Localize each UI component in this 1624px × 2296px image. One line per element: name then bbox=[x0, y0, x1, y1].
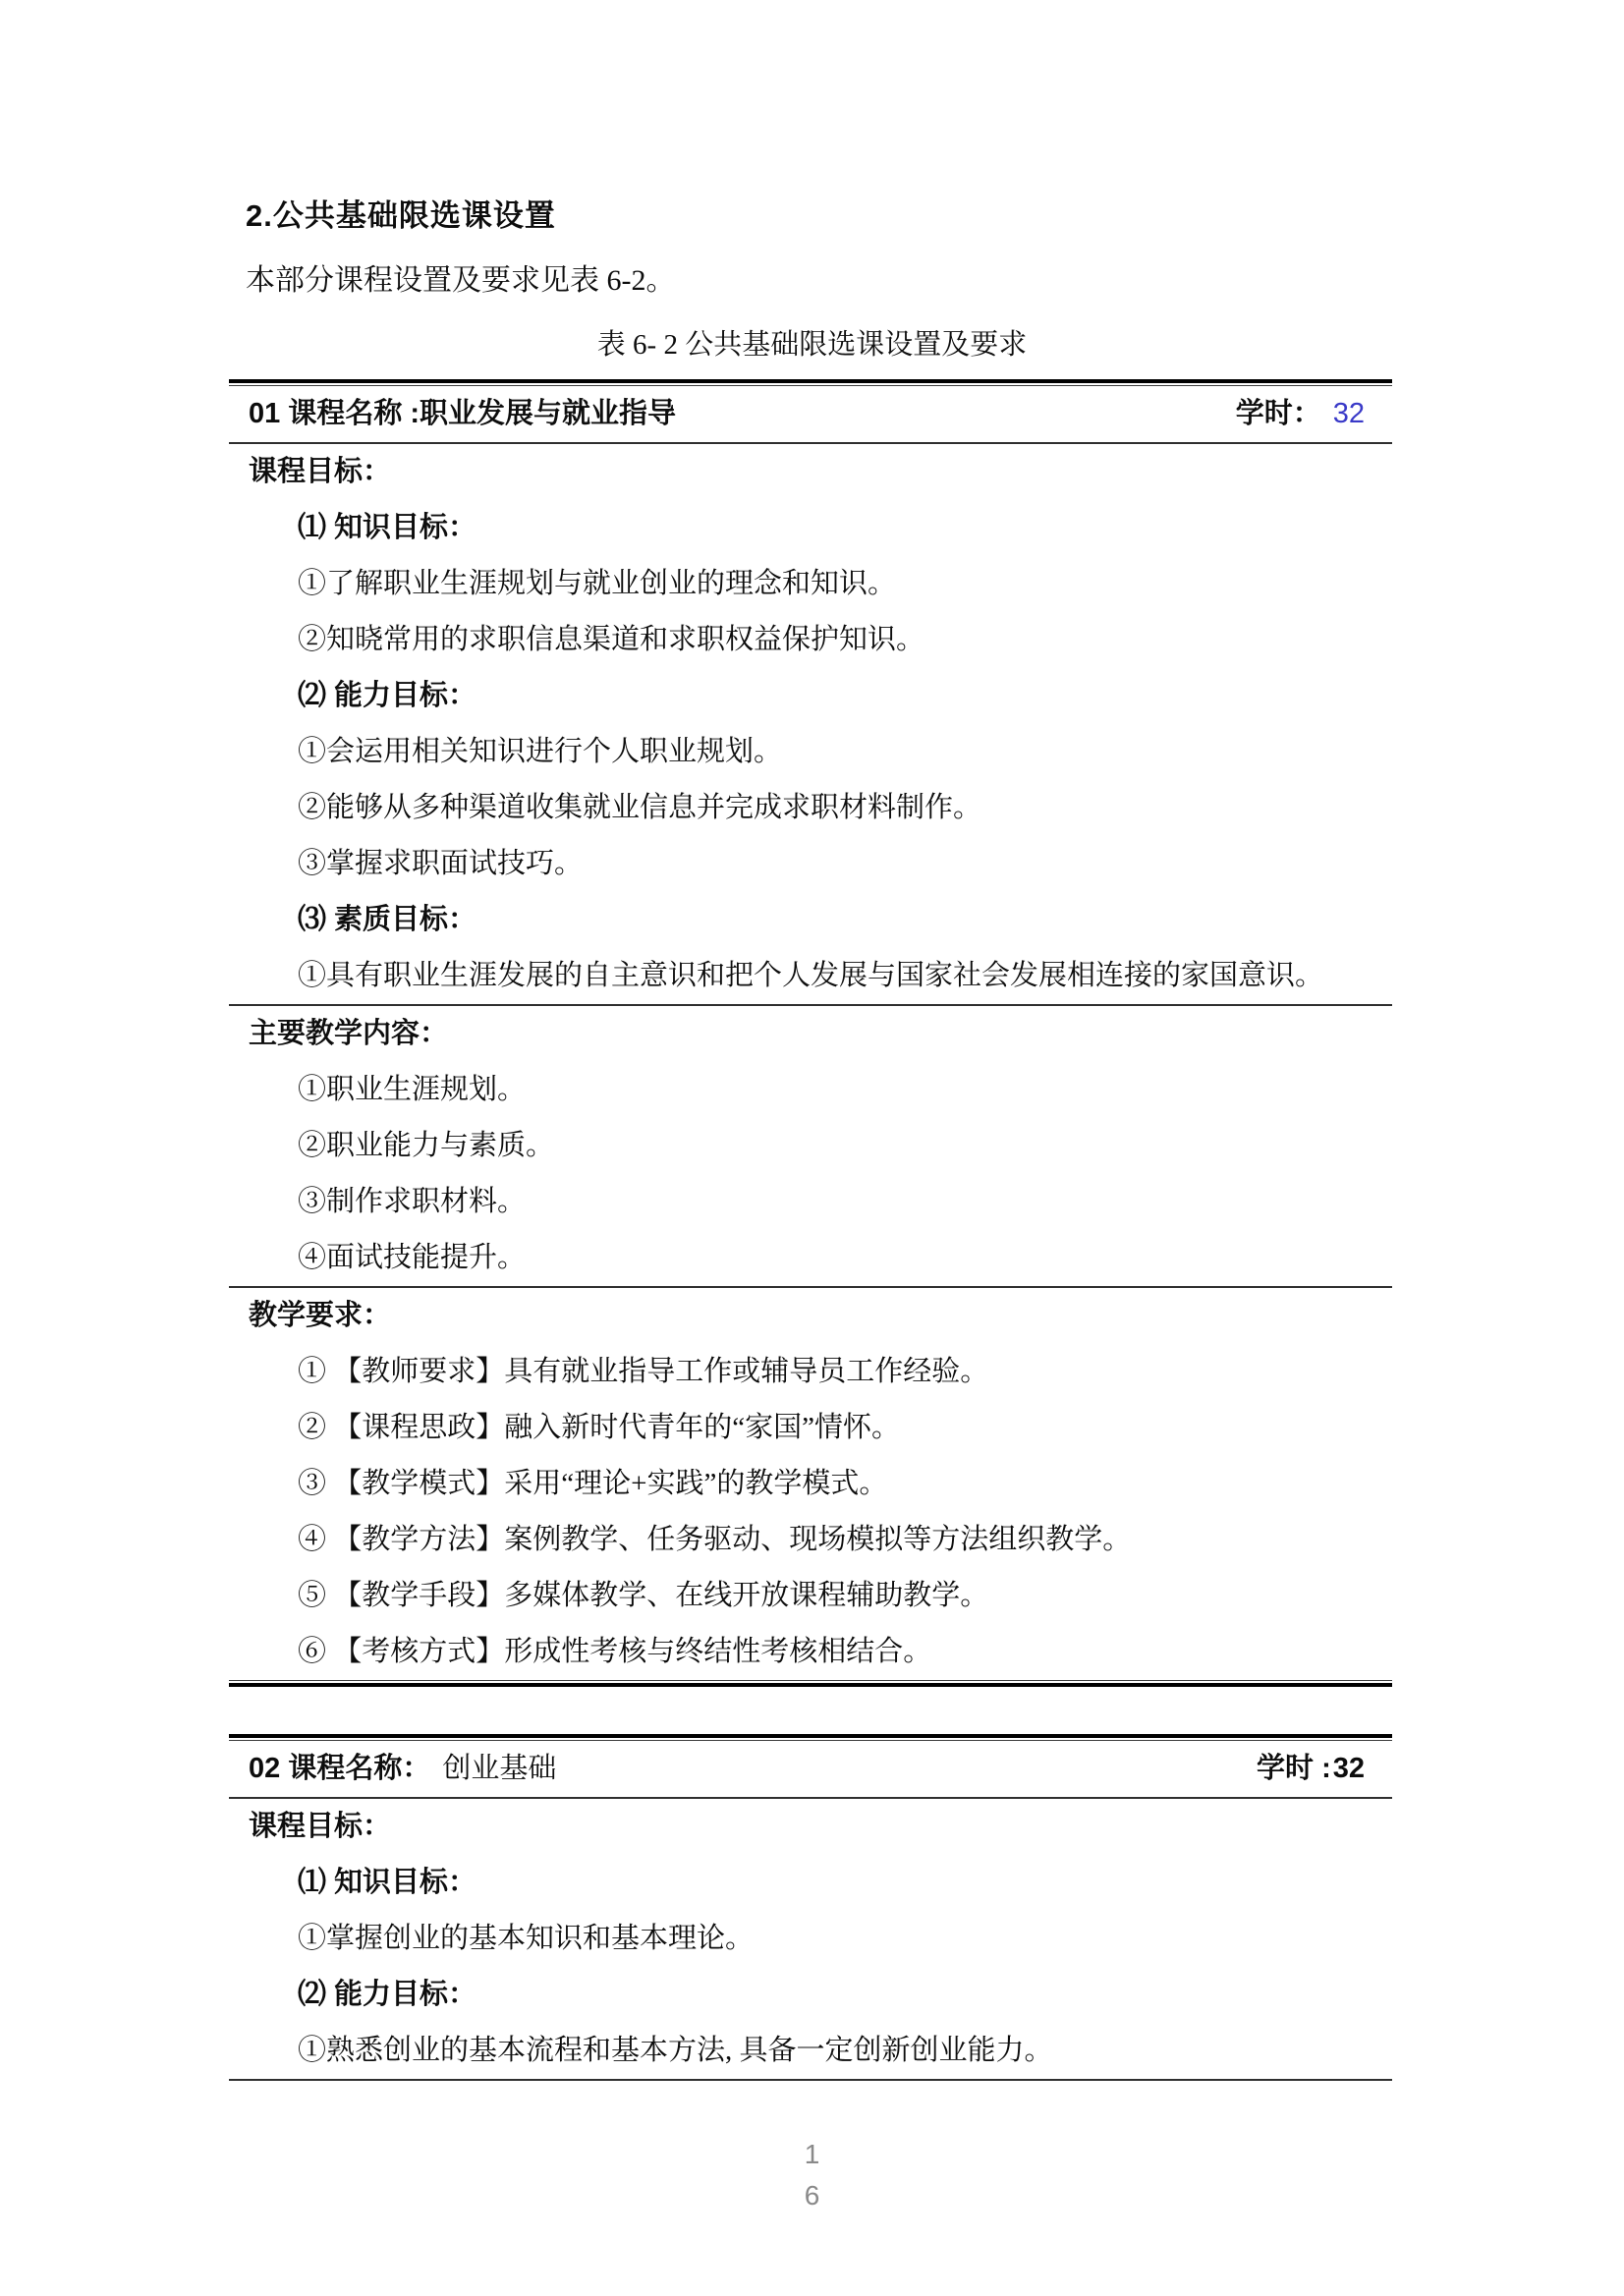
hours-label: 学时： bbox=[1236, 398, 1321, 429]
goals-item: ②知晓常用的求职信息渠道和求职权益保护知识。 bbox=[229, 612, 1392, 668]
table-top-border bbox=[229, 379, 1392, 386]
course-01-title: 01 课程名称 :职业发展与就业指导 bbox=[229, 386, 676, 442]
requirements-item: ⑥ 【考核方式】形成性考核与终结性考核相结合。 bbox=[229, 1624, 1392, 1680]
content-label: 主要教学内容： bbox=[229, 1006, 1392, 1062]
course-01-content-section: 主要教学内容： ①职业生涯规划。 ②职业能力与素质。 ③制作求职材料。 ④面试技… bbox=[229, 1004, 1392, 1286]
page-numbers: 1 6 bbox=[0, 2134, 1624, 2216]
hours-value: 32 bbox=[1333, 1753, 1365, 1784]
requirements-item: ⑤ 【教学手段】多媒体教学、在线开放课程辅助教学。 bbox=[229, 1568, 1392, 1624]
goals-label: 课程目标： bbox=[229, 444, 1392, 500]
course-table-01: 01 课程名称 :职业发展与就业指导 学时：32 课程目标： ⑴ 知识目标： ①… bbox=[229, 379, 1392, 1687]
goals-item: ①掌握创业的基本知识和基本理论。 bbox=[229, 1911, 1392, 1967]
goals-item: ③掌握求职面试技巧。 bbox=[229, 836, 1392, 892]
goals-label: 课程目标： bbox=[229, 1799, 1392, 1855]
course-table-02: 02 课程名称：创业基础 学时 :32 课程目标： ⑴ 知识目标： ①掌握创业的… bbox=[229, 1734, 1392, 2081]
course-02-header-row: 02 课程名称：创业基础 学时 :32 bbox=[229, 1741, 1392, 1797]
content-item: ④面试技能提升。 bbox=[229, 1230, 1392, 1286]
goals-item: ①了解职业生涯规划与就业创业的理念和知识。 bbox=[229, 556, 1392, 612]
requirements-label: 教学要求： bbox=[229, 1288, 1392, 1344]
goals-subheading: ⑵ 能力目标： bbox=[229, 1967, 1392, 2023]
course-01-requirements-section: 教学要求： ① 【教师要求】具有就业指导工作或辅导员工作经验。 ② 【课程思政】… bbox=[229, 1286, 1392, 1680]
intro-paragraph: 本部分课程设置及要求见表 6-2。 bbox=[246, 261, 1624, 301]
goals-subheading: ⑶ 素质目标： bbox=[229, 892, 1392, 948]
hours-value: 32 bbox=[1333, 398, 1365, 429]
course-01-goals-section: 课程目标： ⑴ 知识目标： ①了解职业生涯规划与就业创业的理念和知识。 ②知晓常… bbox=[229, 442, 1392, 1004]
table-bottom-border bbox=[229, 1680, 1392, 1687]
course-02-title: 02 课程名称：创业基础 bbox=[229, 1741, 556, 1797]
table-top-border bbox=[229, 1734, 1392, 1741]
content-item: ③制作求职材料。 bbox=[229, 1174, 1392, 1230]
hours-label: 学时 : bbox=[1257, 1753, 1331, 1784]
requirements-item: ① 【教师要求】具有就业指导工作或辅导员工作经验。 bbox=[229, 1344, 1392, 1400]
goals-item: ①熟悉创业的基本流程和基本方法, 具备一定创新创业能力。 bbox=[229, 2023, 1392, 2079]
document-page: 2.公共基础限选课设置 本部分课程设置及要求见表 6-2。 表 6- 2 公共基… bbox=[0, 0, 1624, 2296]
goals-item: ②能够从多种渠道收集就业信息并完成求职材料制作。 bbox=[229, 780, 1392, 836]
content-item: ②职业能力与素质。 bbox=[229, 1118, 1392, 1174]
goals-item: ①会运用相关知识进行个人职业规划。 bbox=[229, 724, 1392, 780]
course-01-hours: 学时：32 bbox=[1236, 386, 1392, 442]
goals-item: ①具有职业生涯发展的自主意识和把个人发展与国家社会发展相连接的家国意识。 bbox=[229, 948, 1392, 1004]
course-02-title-label: 02 课程名称： bbox=[249, 1753, 430, 1784]
page-number-top: 1 bbox=[0, 2134, 1624, 2175]
course-02-hours: 学时 :32 bbox=[1257, 1741, 1392, 1797]
goals-subheading: ⑴ 知识目标： bbox=[229, 500, 1392, 556]
requirements-item: ② 【课程思政】融入新时代青年的“家国”情怀。 bbox=[229, 1400, 1392, 1456]
goals-subheading: ⑴ 知识目标： bbox=[229, 1855, 1392, 1911]
requirements-item: ④ 【教学方法】案例教学、任务驱动、现场模拟等方法组织教学。 bbox=[229, 1512, 1392, 1568]
requirements-item: ③ 【教学模式】采用“理论+实践”的教学模式。 bbox=[229, 1456, 1392, 1512]
course-01-header-row: 01 课程名称 :职业发展与就业指导 学时：32 bbox=[229, 386, 1392, 442]
course-02-name: 创业基础 bbox=[442, 1753, 556, 1784]
section-heading: 2.公共基础限选课设置 bbox=[246, 0, 1624, 236]
page-number-bottom: 6 bbox=[0, 2175, 1624, 2216]
table-caption: 表 6- 2 公共基础限选课设置及要求 bbox=[0, 326, 1624, 364]
content-item: ①职业生涯规划。 bbox=[229, 1062, 1392, 1118]
course-02-goals-section: 课程目标： ⑴ 知识目标： ①掌握创业的基本知识和基本理论。 ⑵ 能力目标： ①… bbox=[229, 1797, 1392, 2081]
goals-subheading: ⑵ 能力目标： bbox=[229, 668, 1392, 724]
